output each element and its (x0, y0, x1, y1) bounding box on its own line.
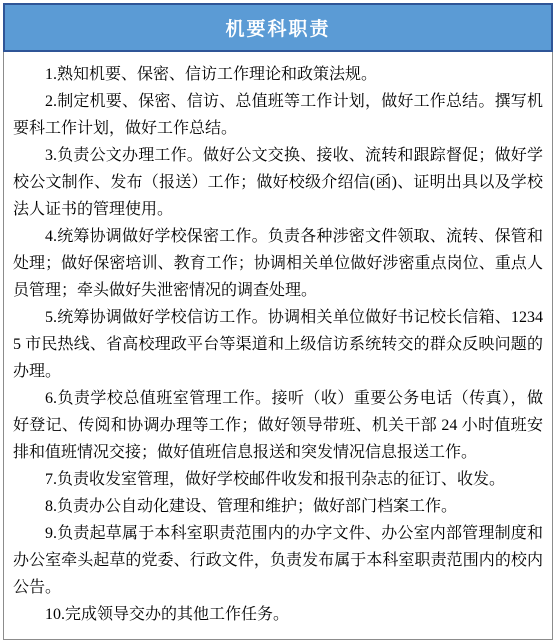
duty-item: 7.负责收发室管理，做好学校邮件收发和报刊杂志的征订、收发。 (13, 466, 543, 493)
duty-item: 2.制定机要、保密、信访、总值班等工作计划，做好工作总结。撰写机要科工作计划，做… (13, 88, 543, 142)
page-title: 机要科职责 (225, 14, 330, 41)
duty-item: 4.统筹协调做好学校保密工作。负责各种涉密文件领取、流转、保管和处理；做好保密培… (13, 223, 543, 304)
duty-item: 1.熟知机要、保密、信访工作理论和政策法规。 (13, 61, 543, 88)
duty-item: 9.负责起草属于本科室职责范围内的办字文件、办公室内部管理制度和办公室牵头起草的… (13, 520, 543, 601)
duty-item: 3.负责公文办理工作。做好公文交换、接收、流转和跟踪督促；做好学校公文制作、发布… (13, 142, 543, 223)
document-header-bar: 机要科职责 (3, 3, 553, 52)
duty-item: 6.负责学校总值班室管理工作。接听（收）重要公务电话（传真），做好登记、传阅和协… (13, 385, 543, 466)
duty-document: 机要科职责 1.熟知机要、保密、信访工作理论和政策法规。 2.制定机要、保密、信… (3, 3, 553, 640)
document-body: 1.熟知机要、保密、信访工作理论和政策法规。 2.制定机要、保密、信访、总值班等… (3, 52, 553, 640)
duty-item: 10.完成领导交办的其他工作任务。 (13, 601, 543, 628)
duty-item: 5.统筹协调做好学校信访工作。协调相关单位做好书记校长信箱、12345 市民热线… (13, 304, 543, 385)
duty-item: 8.负责办公自动化建设、管理和维护；做好部门档案工作。 (13, 493, 543, 520)
